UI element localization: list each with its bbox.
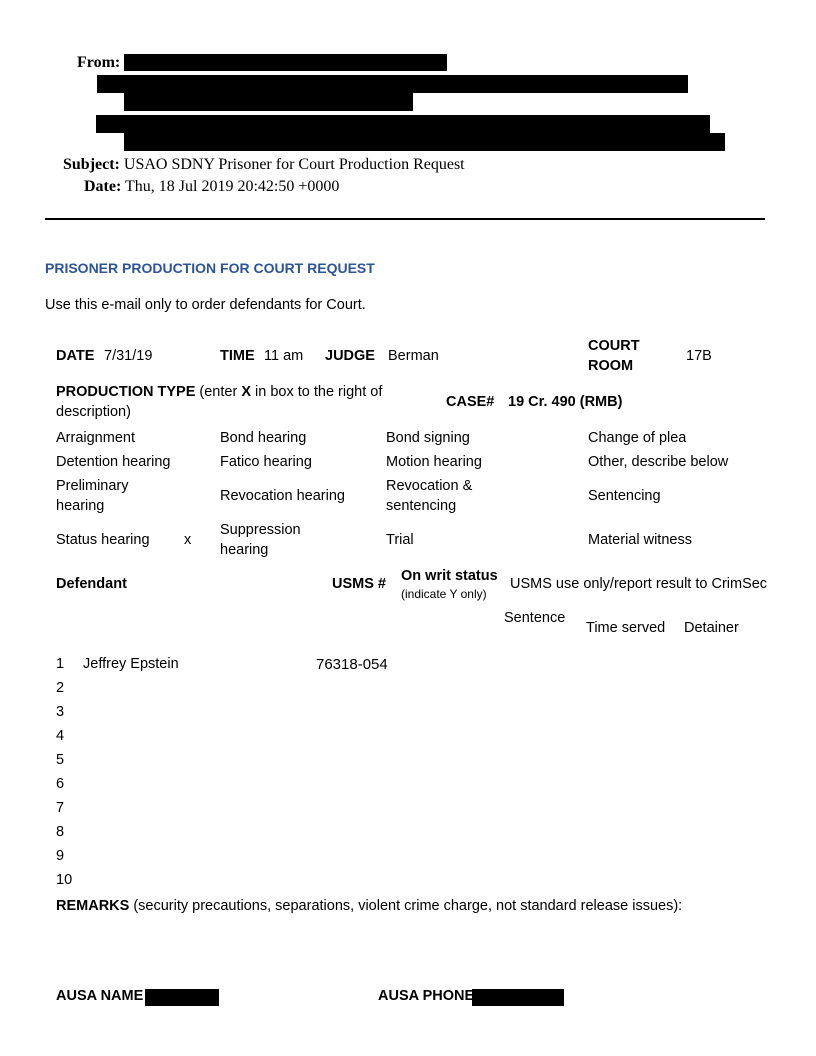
- row-number: 5: [56, 752, 64, 768]
- redaction-from-name: [124, 54, 447, 71]
- production-type-fatico-hearing: Fatico hearing: [220, 454, 312, 470]
- production-type-status-hearing: Status hearing: [56, 532, 150, 548]
- row-number: 6: [56, 776, 64, 792]
- production-type-label-line: PRODUCTION TYPE (enter X in box to the r…: [56, 384, 382, 400]
- form-title: PRISONER PRODUCTION FOR COURT REQUEST: [45, 260, 375, 276]
- on-writ-header: On writ status: [401, 568, 498, 584]
- date-line: Date: Thu, 18 Jul 2019 20:42:50 +0000: [84, 178, 339, 196]
- production-type-suppression-hearing-1: Suppression: [220, 522, 301, 538]
- ausa-phone-label: AUSA PHONE: [378, 988, 474, 1004]
- production-type-bond-signing: Bond signing: [386, 430, 470, 446]
- production-type-motion-hearing: Motion hearing: [386, 454, 482, 470]
- production-type-arraignment: Arraignment: [56, 430, 135, 446]
- production-type-revocation-hearing: Revocation hearing: [220, 488, 345, 504]
- usms-header: USMS #: [332, 576, 386, 592]
- detainer-header: Detainer: [684, 620, 739, 636]
- row-number: 7: [56, 800, 64, 816]
- redaction-from-line-2: [97, 75, 688, 93]
- defendant-name: Jeffrey Epstein: [83, 656, 179, 672]
- redaction-from-line-3: [124, 93, 413, 111]
- production-type-preliminary-hearing-2: hearing: [56, 498, 104, 514]
- redaction-ausa-name: [145, 989, 219, 1006]
- case-value: 19 Cr. 490 (RMB): [508, 394, 622, 410]
- production-type-note-2: in box to the right of: [251, 384, 382, 400]
- production-type-revocation-sentencing-1: Revocation &: [386, 478, 472, 494]
- production-type-suppression-hearing-2: hearing: [220, 542, 268, 558]
- row-number: 9: [56, 848, 64, 864]
- courtroom-value: 17B: [686, 348, 712, 364]
- courtroom-label-1: COURT: [588, 338, 640, 354]
- subject-value: USAO SDNY Prisoner for Court Production …: [124, 156, 465, 173]
- redaction-ausa-phone: [472, 989, 564, 1006]
- production-type-bond-hearing: Bond hearing: [220, 430, 306, 446]
- time-served-header: Time served: [586, 620, 665, 636]
- defendant-header: Defendant: [56, 576, 127, 592]
- production-type-note-x: X: [241, 384, 251, 400]
- production-type-other: Other, describe below: [588, 454, 728, 470]
- row-number: 10: [56, 872, 72, 888]
- case-label: CASE#: [446, 394, 494, 410]
- subject-label: Subject:: [63, 156, 120, 173]
- on-writ-note: (indicate Y only): [401, 587, 487, 601]
- judge-field-value: Berman: [388, 348, 439, 364]
- defendant-usms-number: 76318-054: [316, 656, 388, 673]
- production-type-note-3: description): [56, 404, 131, 420]
- date-field-label: DATE: [56, 348, 94, 364]
- remarks-line: REMARKS (security precautions, separatio…: [56, 898, 682, 914]
- production-type-preliminary-hearing-1: Preliminary: [56, 478, 129, 494]
- production-type-material-witness: Material witness: [588, 532, 692, 548]
- judge-field-label: JUDGE: [325, 348, 375, 364]
- date-label: Date:: [84, 178, 121, 195]
- row-number: 3: [56, 704, 64, 720]
- header-divider: [45, 218, 765, 220]
- production-type-sentencing: Sentencing: [588, 488, 661, 504]
- date-value: Thu, 18 Jul 2019 20:42:50 +0000: [125, 178, 339, 195]
- from-label: From:: [77, 54, 120, 72]
- usms-use-header: USMS use only/report result to CrimSec: [510, 576, 767, 592]
- time-field-value: 11 am: [264, 348, 303, 364]
- courtroom-label-2: ROOM: [588, 358, 633, 374]
- production-type-label: PRODUCTION TYPE: [56, 384, 195, 400]
- row-number: 4: [56, 728, 64, 744]
- subject-line: Subject: USAO SDNY Prisoner for Court Pr…: [63, 156, 465, 174]
- redaction-from-line-4: [96, 115, 710, 133]
- row-number: 2: [56, 680, 64, 696]
- production-type-note: (enter: [195, 384, 241, 400]
- date-field-value: 7/31/19: [104, 348, 152, 364]
- redaction-from-line-5: [124, 133, 725, 151]
- remarks-note: (security precautions, separations, viol…: [129, 898, 682, 914]
- row-number: 8: [56, 824, 64, 840]
- ausa-name-label: AUSA NAME: [56, 988, 143, 1004]
- form-intro: Use this e-mail only to order defendants…: [45, 297, 366, 313]
- remarks-label: REMARKS: [56, 898, 129, 914]
- production-type-trial: Trial: [386, 532, 414, 548]
- status-hearing-mark: x: [184, 532, 191, 548]
- production-type-detention-hearing: Detention hearing: [56, 454, 170, 470]
- production-type-change-of-plea: Change of plea: [588, 430, 686, 446]
- production-type-revocation-sentencing-2: sentencing: [386, 498, 456, 514]
- sentence-header: Sentence: [504, 610, 565, 626]
- time-field-label: TIME: [220, 348, 255, 364]
- row-number: 1: [56, 656, 64, 672]
